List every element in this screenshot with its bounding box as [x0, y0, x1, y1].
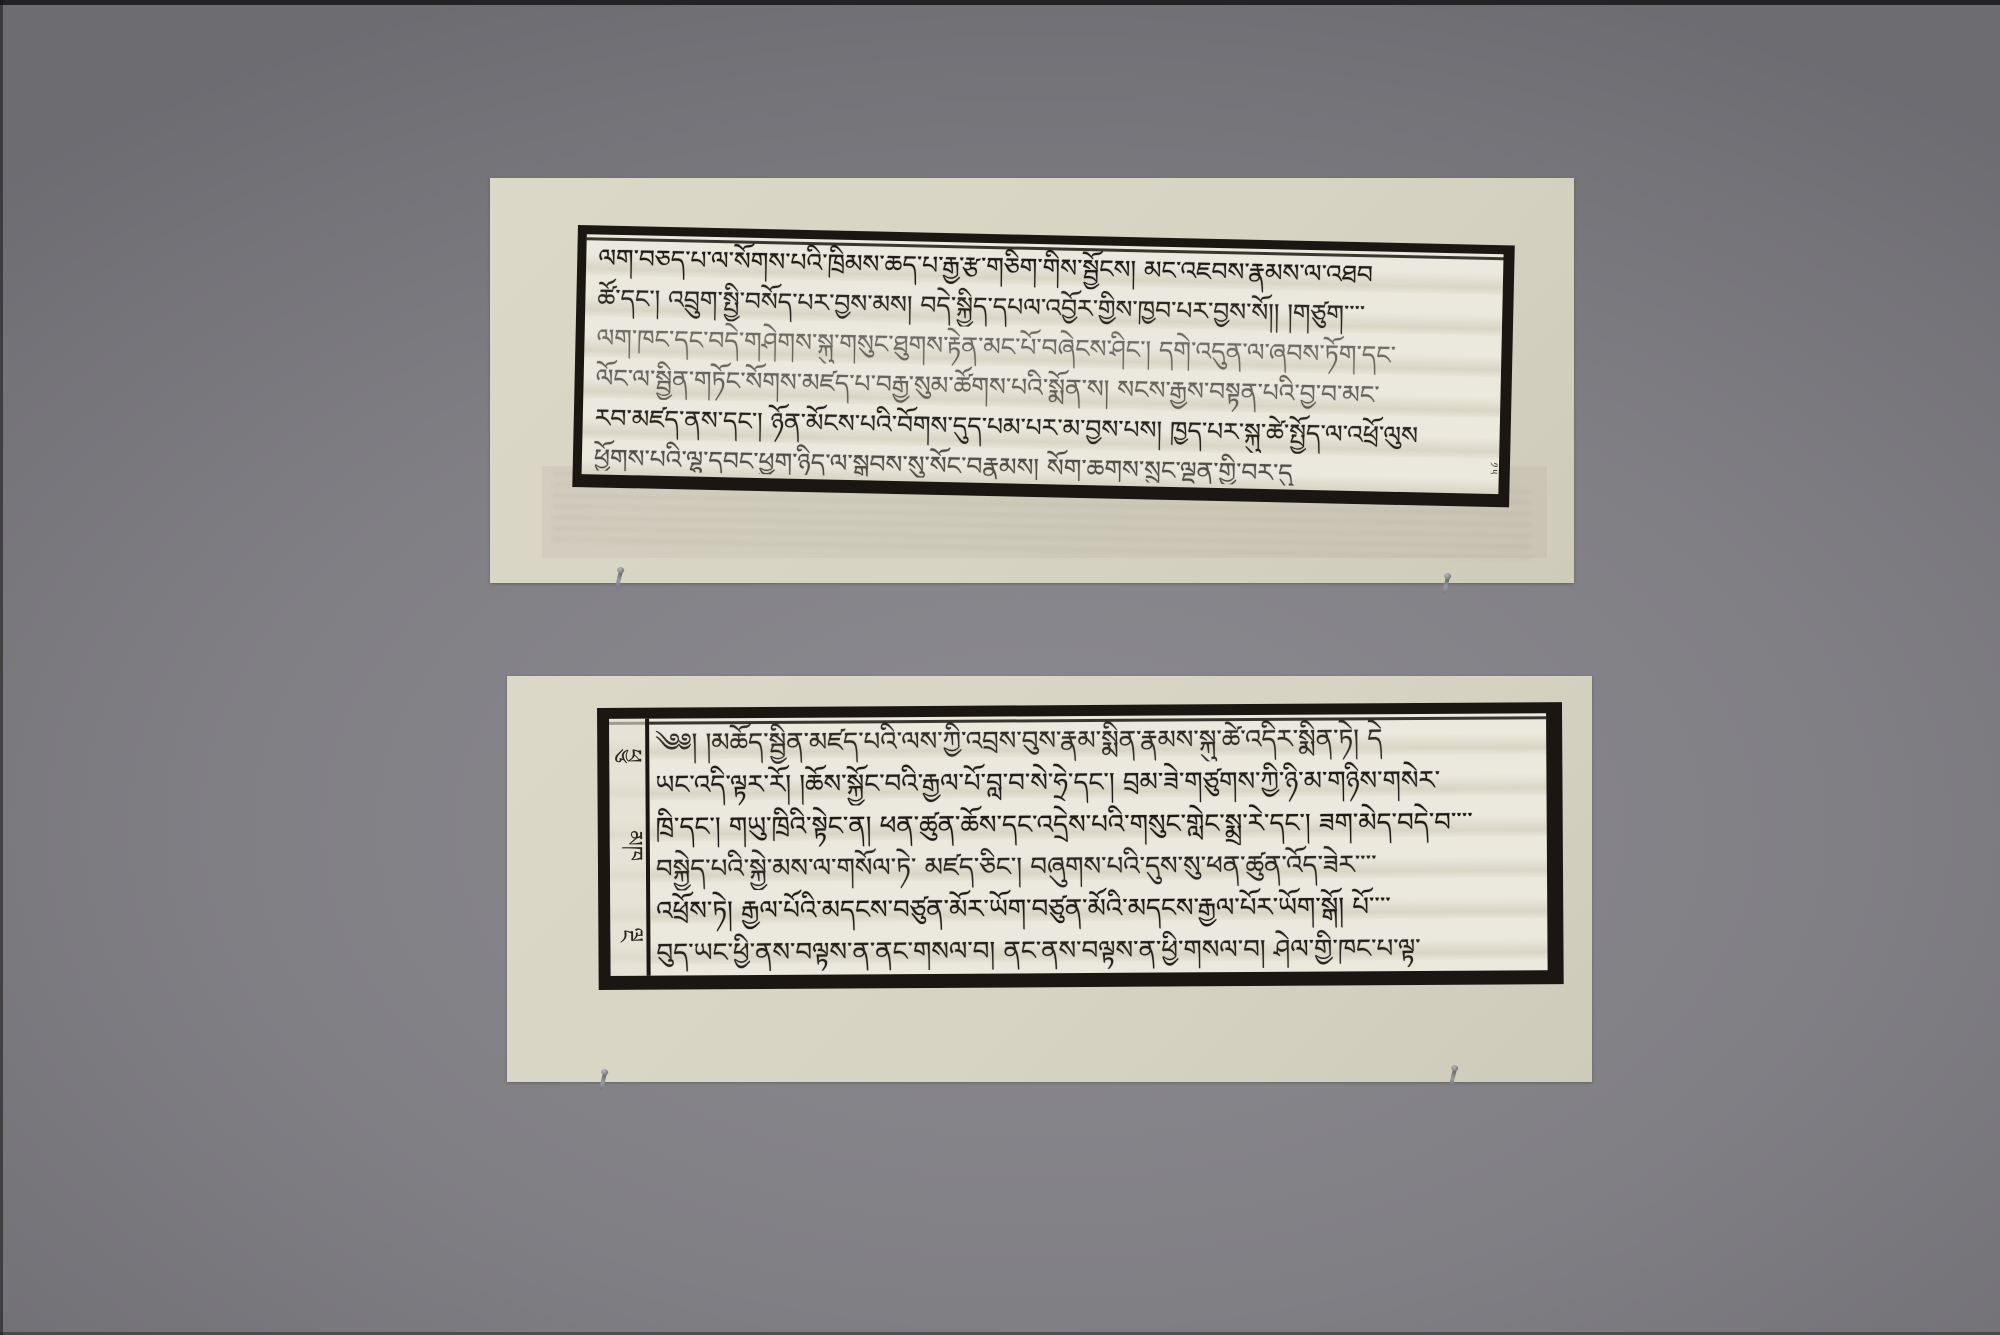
- text-line: འཕྲོས་ཏེ། རྒྱལ་པོའི་མདངས་བཙུན་མོར་ཡོག་བཙ…: [656, 885, 1539, 932]
- bottom-folio-text-block: ༄༅། །མཆོད་སྦྱིན་མཛད་པའི་ལས་ཀྱི་འབྲས་བུས་…: [655, 717, 1540, 971]
- left-margin-column: ཕྱུ མཁ ལྔ: [609, 719, 651, 976]
- text-line: ཡང་འདི་ལྟར་རོ། །ཆོས་སྐྱོང་བའི་རྒྱལ་པོ་བླ…: [655, 759, 1538, 806]
- text-line: ༄༅། །མཆོད་སྦྱིན་མཛད་པའི་ལས་ཀྱི་འབྲས་བུས་…: [655, 717, 1538, 764]
- photo-of-manuscript-folios: ལག་བཅད་པ་ལ་སོགས་པའི་ཁྲིམས་ཆད་པ་རྒྱ་རྩ་གཅ…: [0, 0, 2000, 1335]
- bottom-folio-sheet: ཕྱུ མཁ ལྔ ༄༅། །མཆོད་སྦྱིན་མཛད་པའི་ལས་ཀྱི…: [507, 676, 1592, 1082]
- text-line: བསྐྱེད་པའི་སྐྱེ་མས་ལ་གསོལ་ཏེ་ མཛད་ཅིང་། …: [656, 843, 1539, 890]
- folio-number-marks: ༡༥: [1497, 462, 1509, 477]
- margin-glyph: མཁ: [597, 830, 659, 861]
- photo-left-edge: [0, 0, 3, 1335]
- text-line: ཁྲི་དང་། གཡུ་ཁྲིའི་སྟེང་ན། ཕན་ཚུན་ཆོས་དང…: [656, 801, 1539, 848]
- top-folio-sheet: ལག་བཅད་པ་ལ་སོགས་པའི་ཁྲིམས་ཆད་པ་རྒྱ་རྩ་གཅ…: [490, 178, 1574, 583]
- top-folio-print-frame: ལག་བཅད་པ་ལ་སོགས་པའི་ཁྲིམས་ཆད་པ་རྒྱ་རྩ་གཅ…: [572, 225, 1514, 507]
- margin-glyph: ཕྱུ: [596, 749, 658, 763]
- bottom-folio-print-frame: ཕྱུ མཁ ལྔ ༄༅། །མཆོད་སྦྱིན་མཛད་པའི་ལས་ཀྱི…: [597, 702, 1564, 990]
- margin-glyph: ལྔ: [597, 927, 659, 942]
- text-line: བུད་ཡང་ཕྱི་ནས་བལྟས་ན་ནང་གསལ་བ། ནང་ནས་བལྟ…: [656, 927, 1539, 971]
- photo-top-edge: [0, 0, 2000, 5]
- top-folio-text-block: ལག་བཅད་པ་ལ་སོགས་པའི་ཁྲིམས་ཆད་པ་རྒྱ་རྩ་གཅ…: [594, 238, 1496, 490]
